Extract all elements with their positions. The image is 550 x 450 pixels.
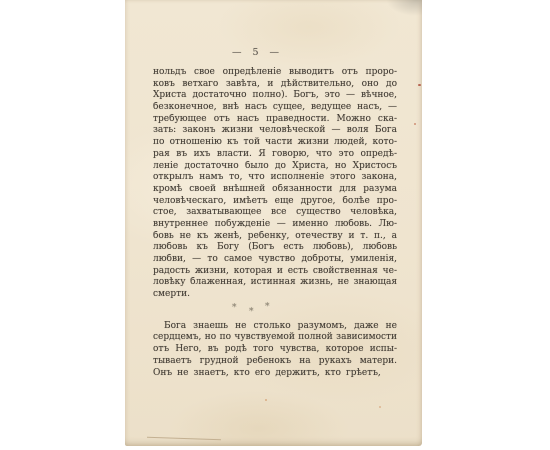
- text-line: Онъ не знаетъ, кто его держитъ, кто грѣе…: [153, 368, 397, 380]
- paragraph-2: Бога знаешь не столько разумомъ, даже не…: [153, 321, 397, 379]
- text-block: нольдъ свое опредѣленіе выводитъ отъ про…: [153, 67, 397, 379]
- book-page-scan: — 5 — нольдъ свое опредѣленіе выводитъ о…: [0, 0, 550, 450]
- book-page: — 5 — нольдъ свое опредѣленіе выводитъ о…: [125, 0, 422, 446]
- page-number: — 5 —: [232, 47, 280, 58]
- text-line: требующее отъ насъ праведности. Можно ск…: [153, 114, 397, 126]
- text-line: любви, — то самое чувство доброты, умиле…: [153, 254, 397, 266]
- text-line: безконечное, внѣ насъ сущее, ведущее нас…: [153, 102, 397, 114]
- paper-speck: [265, 399, 267, 401]
- text-line: смерти.: [153, 289, 397, 301]
- paper-speck: [414, 123, 416, 125]
- paper-speck: [379, 406, 381, 408]
- text-line: бовь не къ женѣ, ребенку, отечеству и т.…: [153, 231, 397, 243]
- text-line: любовь къ Богу (Богъ есть любовь), любов…: [153, 242, 397, 254]
- text-line: кромѣ своей внѣшней обязанности для разу…: [153, 184, 397, 196]
- text-line: тываетъ грудной ребенокъ на рукахъ матер…: [153, 356, 397, 368]
- text-line: сердцемъ, но по чувствуемой полной завис…: [153, 332, 397, 344]
- paragraph-1: нольдъ свое опредѣленіе выводитъ отъ про…: [153, 67, 397, 301]
- text-line: Бога знаешь не столько разумомъ, даже не: [153, 321, 397, 333]
- text-line: внутреннее побужденіе — именно любовь. Л…: [153, 219, 397, 231]
- asterisk-icon: *: [232, 304, 237, 313]
- paper-speck: [418, 84, 421, 86]
- text-line: рая въ ихъ власти. Я говорю, что это опр…: [153, 149, 397, 161]
- text-line: по отношенію къ той части жизни людей, к…: [153, 137, 397, 149]
- text-line: нольдъ свое опредѣленіе выводитъ отъ про…: [153, 67, 397, 79]
- asterisk-icon: *: [249, 308, 254, 317]
- asterisk-icon: *: [265, 303, 270, 312]
- text-line: зать: законъ жизни человѣческой — воля Б…: [153, 125, 397, 137]
- text-line: открылъ намъ то, что исполненіе этого за…: [153, 172, 397, 184]
- text-line: леніе достаточно было до Христа, но Хрис…: [153, 161, 397, 173]
- text-line: отъ Него, въ родѣ того чувства, которое …: [153, 344, 397, 356]
- text-line: радость жизни, которая и есть свойственн…: [153, 266, 397, 278]
- text-line: стое, захватывающее все существо человѣк…: [153, 207, 397, 219]
- text-line: ловѣку блаженная, истинная жизнь, не зна…: [153, 277, 397, 289]
- section-separator: * * *: [153, 301, 397, 321]
- corner-smudge: [386, 0, 422, 16]
- text-line: Христа достаточно полно). Богъ, это — вѣ…: [153, 90, 397, 102]
- text-line: человѣческаго, имѣетъ еще другое, болѣе …: [153, 196, 397, 208]
- text-line: ковъ ветхаго завѣта, и дѣйствительно, он…: [153, 79, 397, 91]
- paper-scratch: [147, 437, 221, 441]
